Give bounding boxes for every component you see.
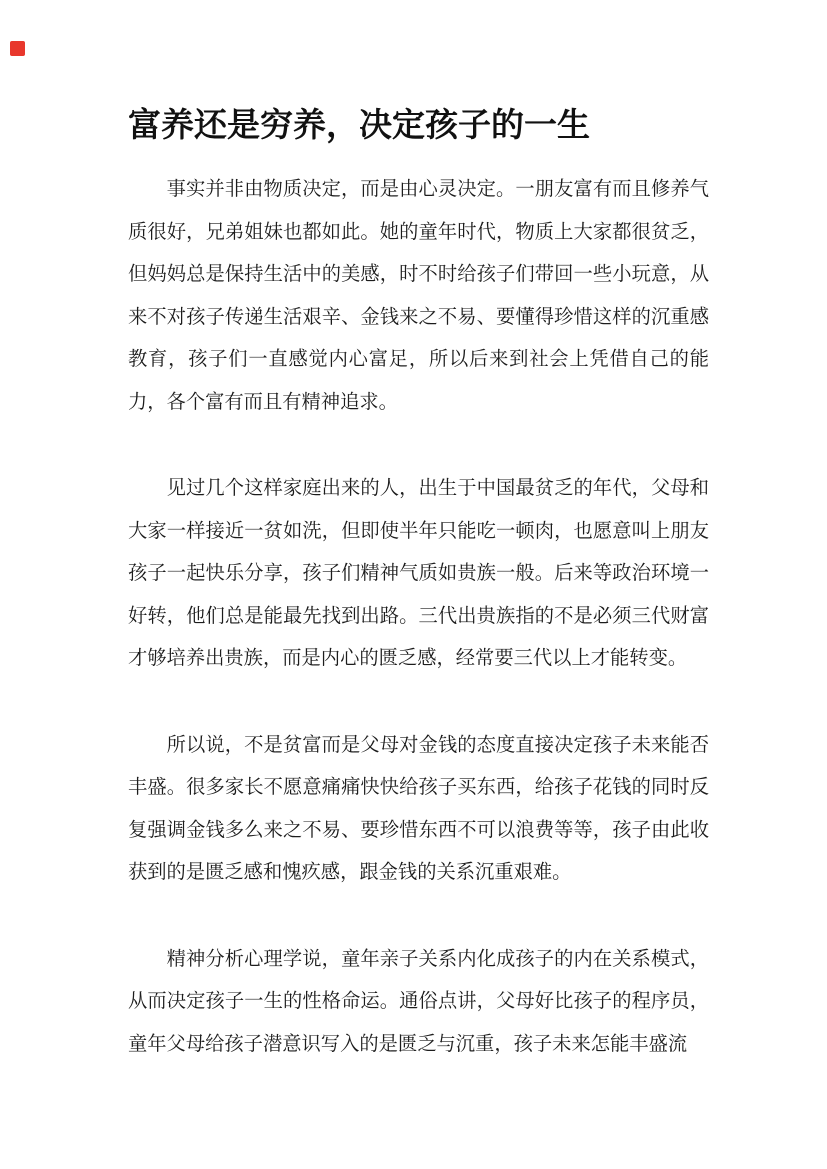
- paragraph-1: 事实并非由物质决定，而是由心灵决定。一朋友富有而且修养气质很好，兄弟姐妹也都如此…: [128, 169, 709, 424]
- red-marker-icon: [10, 41, 25, 56]
- document-title: 富养还是穷养，决定孩子的一生: [128, 104, 709, 148]
- paragraph-2: 见过几个这样家庭出来的人，出生于中国最贫乏的年代，父母和大家一样接近一贫如洗，但…: [128, 468, 709, 681]
- document-content: 富养还是穷养，决定孩子的一生 事实并非由物质决定，而是由心灵决定。一朋友富有而且…: [128, 104, 709, 1066]
- paragraph-4: 精神分析心理学说，童年亲子关系内化成孩子的内在关系模式，从而决定孩子一生的性格命…: [128, 939, 709, 1067]
- paragraph-3: 所以说，不是贫富而是父母对金钱的态度直接决定孩子未来能否丰盛。很多家长不愿意痛痛…: [128, 725, 709, 895]
- document-page: 富养还是穷养，决定孩子的一生 事实并非由物质决定，而是由心灵决定。一朋友富有而且…: [0, 0, 827, 1169]
